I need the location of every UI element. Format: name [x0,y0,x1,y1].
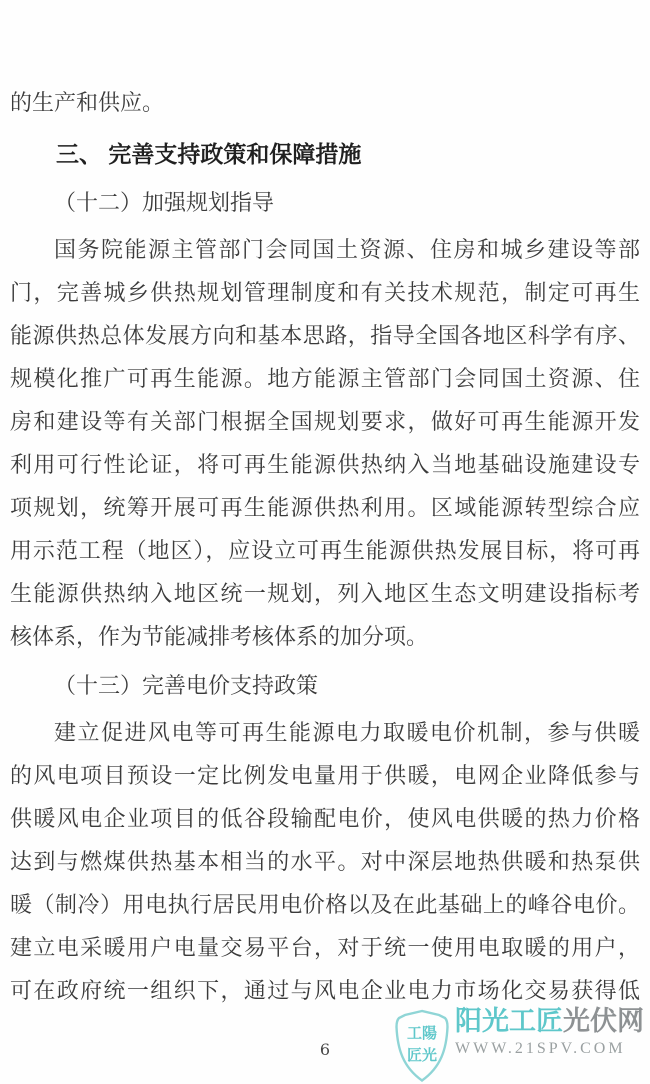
text-line: 暖（制冷）用电执行居民用电价格以及在此基础上的峰谷电价。 [10,884,640,927]
text-line: 核体系，作为节能减排考核体系的加分项。 [10,616,640,659]
text-line: 建立促进风电等可再生能源电力取暖电价机制，参与供暖 [10,712,640,755]
site-watermark: 工陽 匠光 阳光工匠光伏网 WWW.21SPV.COM [393,1004,650,1084]
watermark-brand: 阳光工匠光伏网 [455,1004,644,1038]
shield-text-top: 工陽 [407,1024,437,1042]
document-body: 的生产和供应。三、 完善支持政策和保障措施（十二）加强规划指导国务院能源主管部门… [10,82,640,1013]
shield-logo-icon: 工陽 匠光 [393,1007,451,1084]
text-line: （十三）完善电价支持政策 [10,665,640,708]
text-line: 房和建设等有关部门根据全国规划要求，做好可再生能源开发 [10,401,640,444]
text-line: 能源供热总体发展方向和基本思路，指导全国各地区科学有序、 [10,315,640,358]
watermark-url: WWW.21SPV.COM [455,1040,644,1058]
text-line: 的风电项目预设一定比例发电量用于供暖，电网企业降低参与 [10,755,640,798]
watermark-brand-gray: 光伏网 [563,1006,644,1036]
text-line: 三、 完善支持政策和保障措施 [10,133,640,176]
text-line: 用示范工程（地区），应设立可再生能源供热发展目标，将可再 [10,530,640,573]
text-line: 项规划，统筹开展可再生能源供热利用。区域能源转型综合应 [10,487,640,530]
text-line: 生能源供热纳入地区统一规划，列入地区生态文明建设指标考 [10,573,640,616]
text-line: 达到与燃煤供热基本相当的水平。对中深层地热供暖和热泵供 [10,841,640,884]
text-line: 的生产和供应。 [10,82,640,125]
text-line: 规模化推广可再生能源。地方能源主管部门会同国土资源、住 [10,358,640,401]
page-number: 6 [320,1040,330,1059]
text-line: 建立电采暖用户电量交易平台，对于统一使用电取暖的用户， [10,927,640,970]
shield-text-bottom: 匠光 [407,1046,437,1064]
watermark-text: 阳光工匠光伏网 WWW.21SPV.COM [455,1004,644,1058]
text-line: （十二）加强规划指导 [10,182,640,225]
text-line: 供暖风电企业项目的低谷段输配电价，使风电供暖的热力价格 [10,798,640,841]
document-page: 的生产和供应。三、 完善支持政策和保障措施（十二）加强规划指导国务院能源主管部门… [0,0,650,1084]
watermark-brand-teal: 阳光工匠 [455,1006,563,1036]
text-line: 国务院能源主管部门会同国土资源、住房和城乡建设等部 [10,229,640,272]
text-line: 门，完善城乡供热规划管理制度和有关技术规范，制定可再生 [10,272,640,315]
text-line: 利用可行性论证，将可再生能源供热纳入当地基础设施建设专 [10,444,640,487]
